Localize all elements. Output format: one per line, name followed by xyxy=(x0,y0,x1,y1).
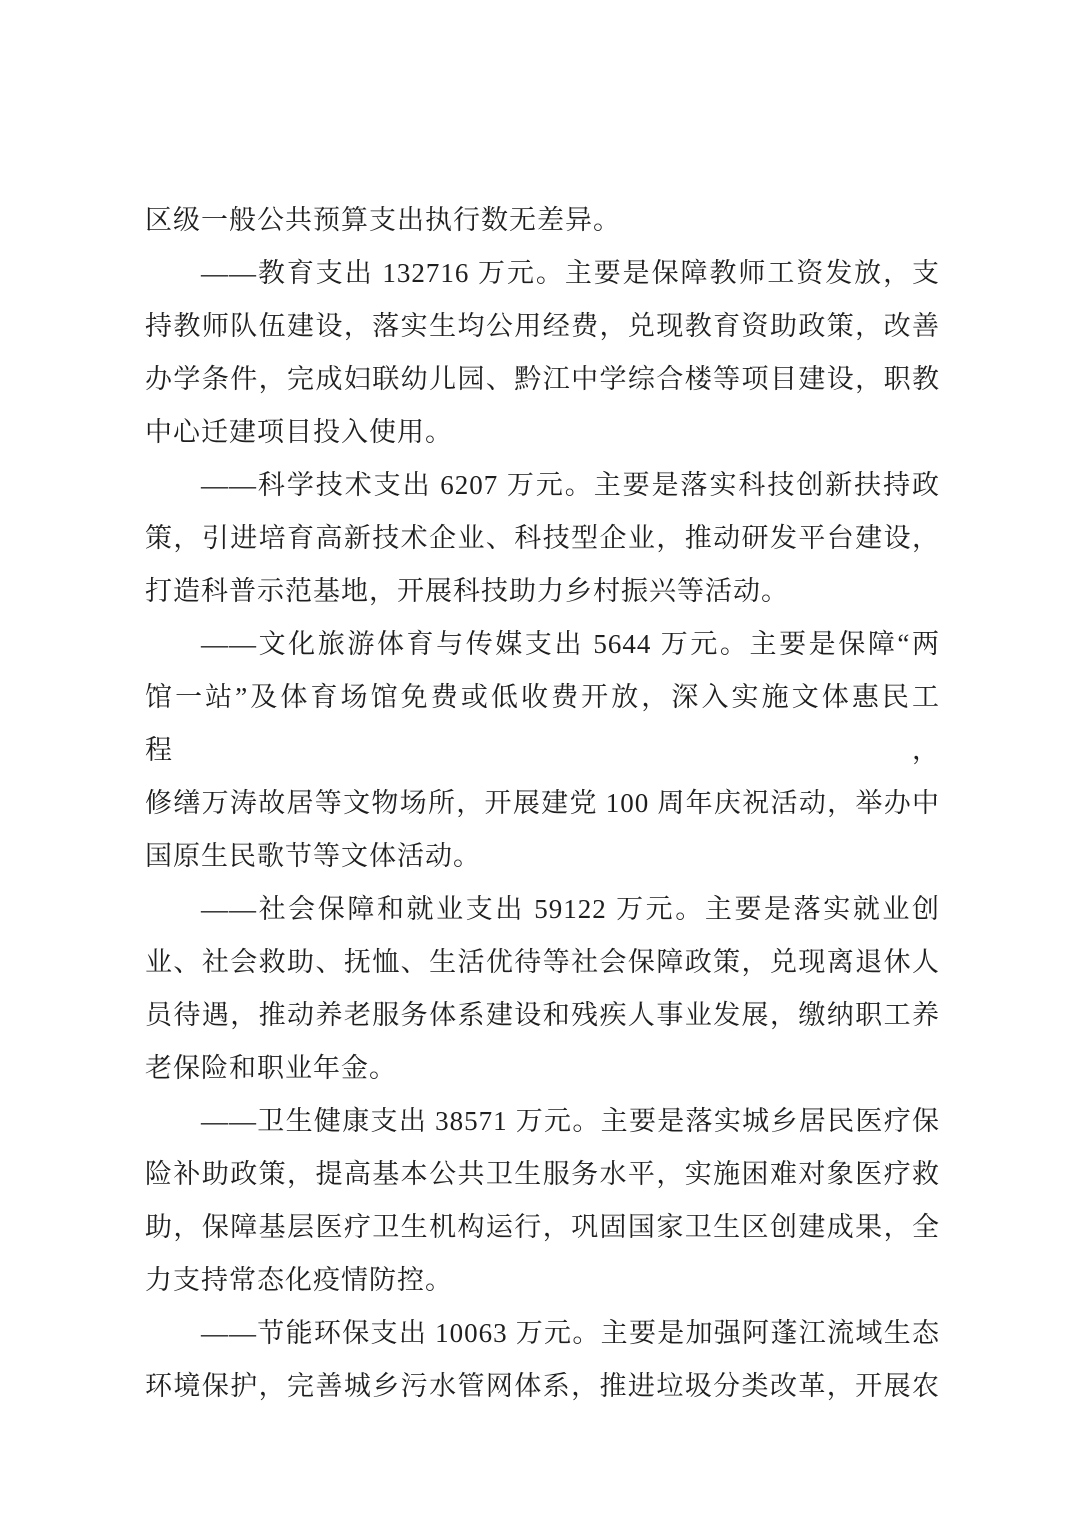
text-line: 修缮万涛故居等文物场所，开展建党 100 周年庆祝活动，举办中 xyxy=(145,777,940,830)
text-line: 业、社会救助、抚恤、生活优待等社会保障政策，兑现离退休人 xyxy=(145,936,940,989)
text-line: 持教师队伍建设，落实生均公用经费，兑现教育资助政策，改善 xyxy=(145,300,940,353)
text-line: ——教育支出 132716 万元。主要是保障教师工资发放，支 xyxy=(145,247,940,300)
text-line: ——社会保障和就业支出 59122 万元。主要是落实就业创 xyxy=(145,883,940,936)
text-line: 环境保护，完善城乡污水管网体系，推进垃圾分类改革，开展农 xyxy=(145,1360,940,1413)
text-line: ——文化旅游体育与传媒支出 5644 万元。主要是保障“两 xyxy=(145,618,940,671)
document-body: 区级一般公共预算支出执行数无差异。 ——教育支出 132716 万元。主要是保障… xyxy=(145,194,940,1413)
text-line: 中心迁建项目投入使用。 xyxy=(145,406,940,459)
text-line: 馆一站”及体育场馆免费或低收费开放，深入实施文体惠民工程， xyxy=(145,671,940,777)
text-line: 老保险和职业年金。 xyxy=(145,1042,940,1095)
paragraph-science-technology-expenditure: ——科学技术支出 6207 万元。主要是落实科技创新扶持政 策，引进培育高新技术… xyxy=(145,459,940,618)
paragraph-health-expenditure: ——卫生健康支出 38571 万元。主要是落实城乡居民医疗保 险补助政策，提高基… xyxy=(145,1095,940,1307)
paragraph-culture-tourism-sports-media-expenditure: ——文化旅游体育与传媒支出 5644 万元。主要是保障“两 馆一站”及体育场馆免… xyxy=(145,618,940,883)
text-line: 险补助政策，提高基本公共卫生服务水平，实施困难对象医疗救 xyxy=(145,1148,940,1201)
text-line: 员待遇，推动养老服务体系建设和残疾人事业发展，缴纳职工养 xyxy=(145,989,940,1042)
text-line: 力支持常态化疫情防控。 xyxy=(145,1254,940,1307)
text-line: ——科学技术支出 6207 万元。主要是落实科技创新扶持政 xyxy=(145,459,940,512)
text-line: 打造科普示范基地，开展科技助力乡村振兴等活动。 xyxy=(145,565,940,618)
text-line: ——节能环保支出 10063 万元。主要是加强阿蓬江流域生态 xyxy=(145,1307,940,1360)
text-line: 办学条件，完成妇联幼儿园、黔江中学综合楼等项目建设，职教 xyxy=(145,353,940,406)
text-line: 区级一般公共预算支出执行数无差异。 xyxy=(145,194,940,247)
paragraph-budget-execution-note: 区级一般公共预算支出执行数无差异。 xyxy=(145,194,940,247)
paragraph-education-expenditure: ——教育支出 132716 万元。主要是保障教师工资发放，支 持教师队伍建设，落… xyxy=(145,247,940,459)
paragraph-energy-conservation-environment-expenditure: ——节能环保支出 10063 万元。主要是加强阿蓬江流域生态 环境保护，完善城乡… xyxy=(145,1307,940,1413)
text-line: 国原生民歌节等文体活动。 xyxy=(145,830,940,883)
paragraph-social-security-employment-expenditure: ——社会保障和就业支出 59122 万元。主要是落实就业创 业、社会救助、抚恤、… xyxy=(145,883,940,1095)
text-line: 助，保障基层医疗卫生机构运行，巩固国家卫生区创建成果，全 xyxy=(145,1201,940,1254)
text-line: ——卫生健康支出 38571 万元。主要是落实城乡居民医疗保 xyxy=(145,1095,940,1148)
document-page: 区级一般公共预算支出执行数无差异。 ——教育支出 132716 万元。主要是保障… xyxy=(0,0,1074,1520)
text-line: 策，引进培育高新技术企业、科技型企业，推动研发平台建设， xyxy=(145,512,940,565)
